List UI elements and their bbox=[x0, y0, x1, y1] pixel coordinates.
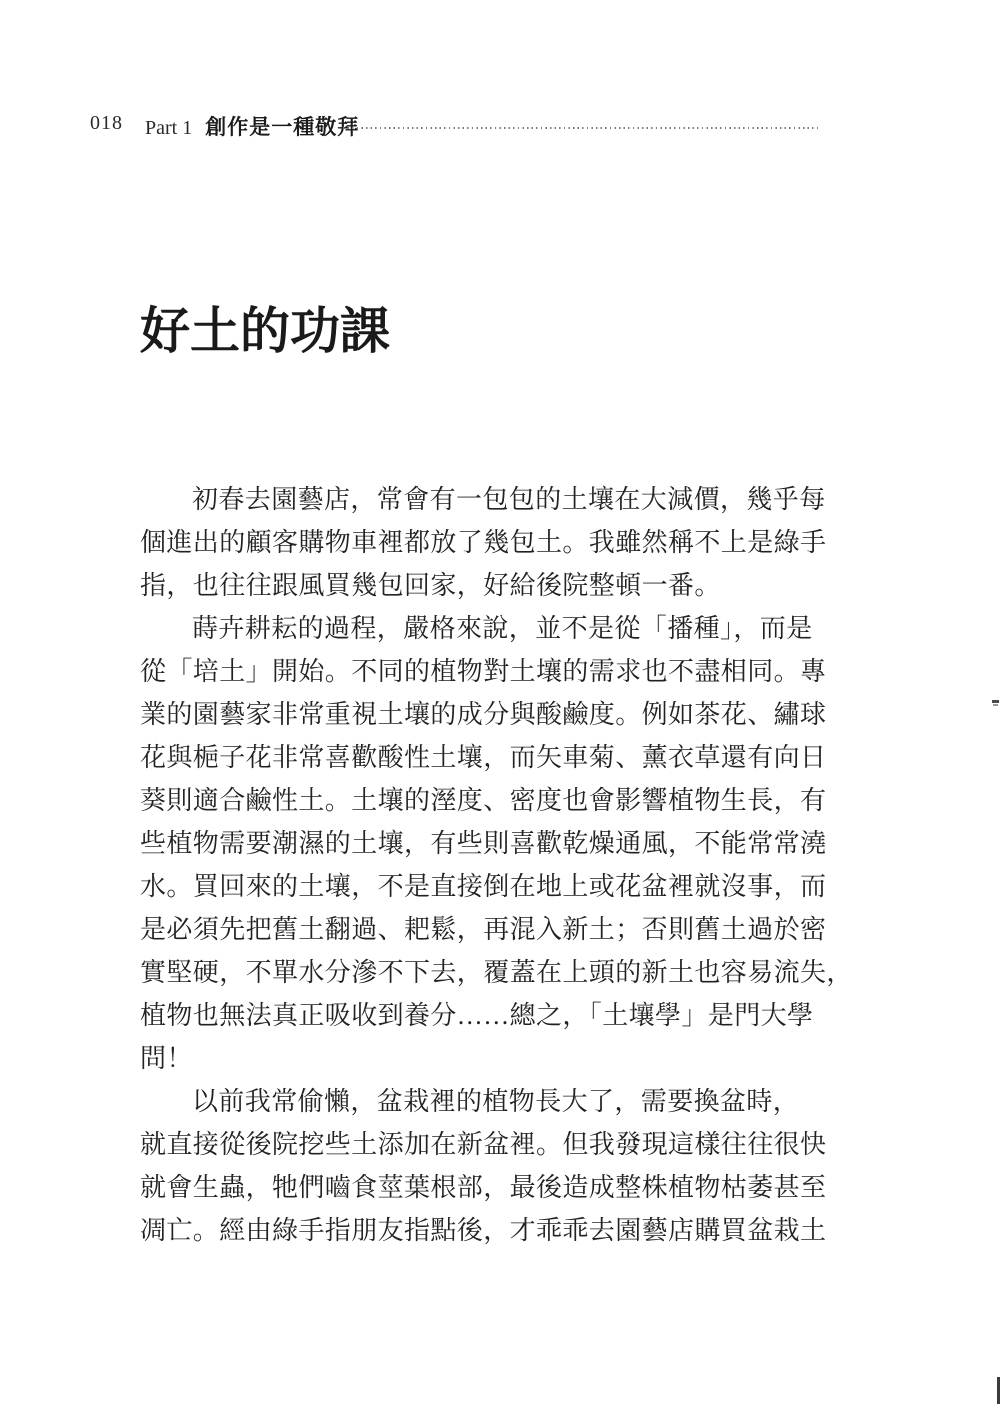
page-number: 018 bbox=[90, 112, 123, 135]
dotted-leader-line bbox=[343, 127, 820, 129]
book-page: 018 Part 1 創作是一種敬拜 好土的功課 初春去園藝店，常會有一包包的土… bbox=[0, 0, 1000, 1404]
body-text: 初春去園藝店，常會有一包包的土壤在大減價，幾乎每個進出的顧客購物車裡都放了幾包土… bbox=[140, 478, 840, 1252]
text-line: 些植物需要潮濕的土壤，有些則喜歡乾燥通風，不能常常澆 bbox=[140, 822, 840, 865]
part-label: Part 1 創作是一種敬拜 bbox=[145, 111, 359, 141]
text-line: 蒔卉耕耘的過程，嚴格來說，並不是從「播種」，而是 bbox=[140, 607, 840, 650]
text-line: 從「培土」開始。不同的植物對土壤的需求也不盡相同。專 bbox=[140, 650, 840, 693]
paragraph: 以前我常偷懶，盆栽裡的植物長大了，需要換盆時，就直接從後院挖些土添加在新盆裡。但… bbox=[140, 1080, 840, 1252]
text-line: 業的園藝家非常重視土壤的成分與酸鹼度。例如茶花、繡球 bbox=[140, 693, 840, 736]
text-line: 指，也往往跟風買幾包回家，好給後院整頓一番。 bbox=[140, 564, 840, 607]
text-line: 花與梔子花非常喜歡酸性土壤，而矢車菊、薰衣草還有向日 bbox=[140, 736, 840, 779]
text-line: 就直接從後院挖些土添加在新盆裡。但我發現這樣往往很快 bbox=[140, 1123, 840, 1166]
scan-artifact-mid-right-faint bbox=[993, 704, 998, 706]
text-line: 凋亡。經由綠手指朋友指點後，才乖乖去園藝店購買盆栽土 bbox=[140, 1209, 840, 1252]
paragraph: 蒔卉耕耘的過程，嚴格來說，並不是從「播種」，而是從「培土」開始。不同的植物對土壤… bbox=[140, 607, 840, 1080]
paragraph: 初春去園藝店，常會有一包包的土壤在大減價，幾乎每個進出的顧客購物車裡都放了幾包土… bbox=[140, 478, 840, 607]
text-line: 葵則適合鹼性土。土壤的溼度、密度也會影響植物生長，有 bbox=[140, 779, 840, 822]
text-line: 實堅硬，不單水分滲不下去，覆蓋在上頭的新土也容易流失， bbox=[140, 951, 840, 994]
running-header: 018 Part 1 創作是一種敬拜 bbox=[0, 110, 1000, 140]
text-line: 就會生蟲，牠們嚙食莖葉根部，最後造成整株植物枯萎甚至 bbox=[140, 1166, 840, 1209]
part-label-en: Part 1 bbox=[145, 117, 192, 139]
text-line: 初春去園藝店，常會有一包包的土壤在大減價，幾乎每 bbox=[140, 478, 840, 521]
text-line: 是必須先把舊土翻過、耙鬆，再混入新土；否則舊土過於密 bbox=[140, 908, 840, 951]
text-line: 植物也無法真正吸收到養分……總之，「土壤學」是門大學 bbox=[140, 994, 840, 1037]
text-line: 問！ bbox=[140, 1037, 840, 1080]
scan-artifact-mid-right bbox=[992, 700, 999, 703]
part-title: 創作是一種敬拜 bbox=[205, 115, 359, 139]
text-line: 以前我常偷懶，盆栽裡的植物長大了，需要換盆時， bbox=[140, 1080, 840, 1123]
chapter-title: 好土的功課 bbox=[140, 298, 390, 364]
text-line: 個進出的顧客購物車裡都放了幾包土。我雖然稱不上是綠手 bbox=[140, 521, 840, 564]
text-line: 水。買回來的土壤，不是直接倒在地上或花盆裡就沒事，而 bbox=[140, 865, 840, 908]
